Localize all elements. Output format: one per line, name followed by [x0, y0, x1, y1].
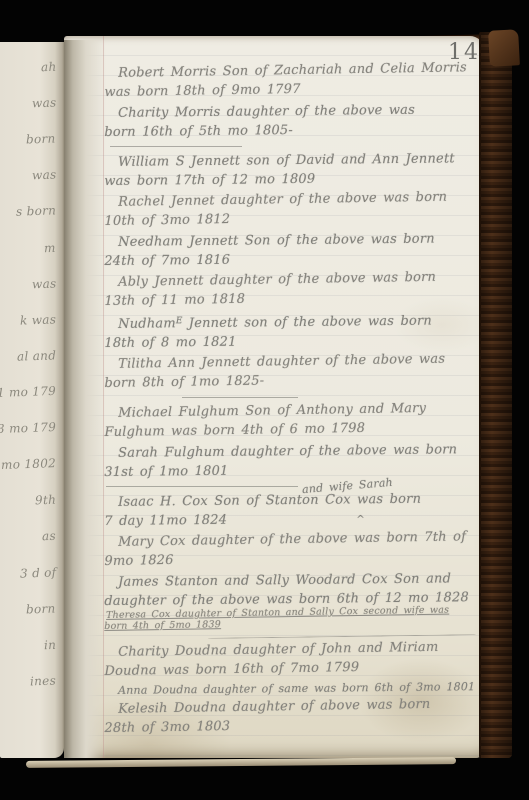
register-entry: Isaac H. Cox Son of Stanton Cox was born…	[104, 489, 480, 531]
register-entry: Tilitha Ann Jennett daughter of the abov…	[104, 349, 481, 393]
left-page-fragment: 3 mo 179	[0, 420, 56, 436]
register-entry: Charity Doudna daughter of John and Miri…	[104, 637, 481, 681]
register-entry: NudhamE Jennett son of the above was bor…	[104, 309, 480, 353]
left-page-fragment: was	[31, 276, 56, 291]
register-entries: Robert Morris Son of Zachariah and Celia…	[104, 64, 480, 740]
page-bottom-edge	[26, 757, 456, 768]
cover-corner	[488, 29, 520, 67]
left-page-fragment: was	[31, 96, 56, 111]
register-entry: William S Jennett son of David and Ann J…	[104, 149, 480, 191]
left-page-fragment: as	[42, 529, 56, 543]
register-entry: Robert Morris Son of Zachariah and Celia…	[104, 58, 481, 102]
register-entry: Mary Cox daughter of the above was born …	[104, 527, 481, 571]
left-page-fragment: born	[26, 132, 56, 147]
book-fore-edge	[479, 32, 512, 758]
inserted-letter: E	[176, 316, 183, 326]
book-photo: ahwasbornwass bornmwask wasal and11 mo 1…	[0, 0, 529, 800]
left-page-fragment: 11 mo 179	[0, 384, 56, 400]
insertion-caret: ^	[356, 510, 365, 529]
section-divider	[182, 397, 298, 398]
section-divider	[110, 146, 242, 147]
left-page-fragment: 3 d of	[19, 565, 56, 580]
left-page-fragment: k was	[20, 312, 57, 327]
left-page-fragment: mo 1802	[1, 456, 57, 472]
register-page: 149 Robert Morris Son of Zachariah and C…	[64, 36, 484, 758]
register-entry: Rachel Jennet daughter of the above was …	[104, 187, 481, 231]
left-page-fragment: m	[44, 240, 56, 254]
left-page-fragment: born	[26, 601, 56, 616]
register-entry: Needham Jennett Son of the above was bor…	[104, 229, 480, 271]
left-page-fragment: s born	[16, 204, 57, 219]
section-divider	[106, 486, 298, 487]
left-page-fragment: in	[44, 638, 57, 652]
register-entry: Sarah Fulghum daughter of the above was …	[104, 440, 480, 482]
register-entry: Charity Morris daughter of the above was…	[104, 100, 480, 142]
left-page-fragments: ahwasbornwass bornmwask wasal and11 mo 1…	[0, 60, 61, 688]
register-entry: Theresa Cox daughter of Stanton and Sall…	[104, 604, 480, 632]
left-page-fragment: 9th	[35, 493, 57, 508]
register-entry: Kelesih Doudna daughter of above was bor…	[104, 694, 481, 738]
left-page-edge: ahwasbornwass bornmwask wasal and11 mo 1…	[0, 42, 64, 758]
register-entry: Michael Fulghum Son of Anthony and MaryF…	[104, 398, 481, 442]
register-entry: Ably Jennett daughter of the above was b…	[104, 267, 481, 311]
left-page-fragment: ah	[40, 60, 56, 75]
left-page-fragment: al and	[17, 348, 57, 363]
left-page-fragment: ines	[30, 673, 57, 688]
left-page-fragment: was	[31, 168, 56, 183]
